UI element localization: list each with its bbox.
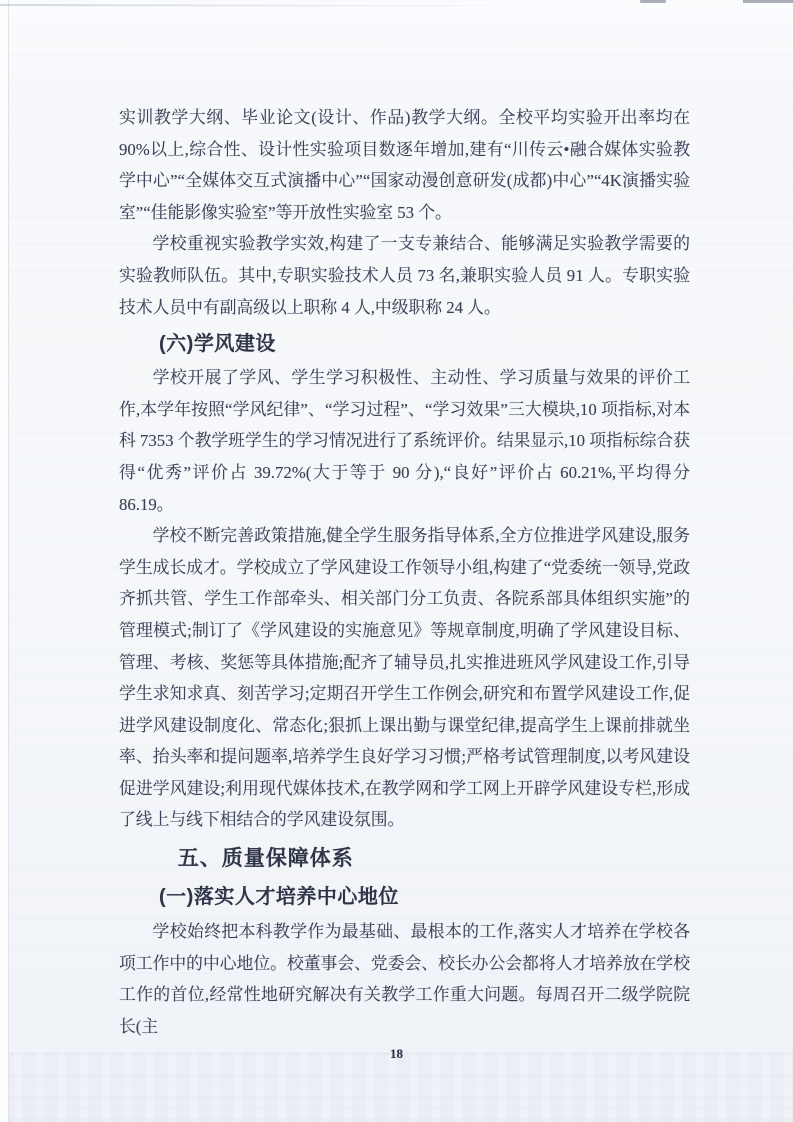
paragraph-practical-teaching: 实训教学大纲、毕业论文(设计、作品)教学大纲。全校平均实验开出率均在 90%以上… — [119, 102, 690, 228]
paragraph-study-style-evaluation: 学校开展了学风、学生学习积极性、主动性、学习质量与效果的评价工作,本学年按照“学… — [119, 362, 690, 520]
scan-edge-top — [0, 4, 555, 7]
heading-talent-cultivation-section: (一)落实人才培养中心地位 — [119, 879, 690, 916]
page-number: 18 — [0, 1046, 793, 1062]
scan-artifact-dash — [743, 0, 793, 3]
heading-quality-assurance-chapter: 五、质量保障体系 — [119, 840, 690, 878]
page-text-block: 实训教学大纲、毕业论文(设计、作品)教学大纲。全校平均实验开出率均在 90%以上… — [119, 102, 690, 1042]
scan-edge-left — [0, 0, 9, 1122]
paragraph-study-style-measures: 学校不断完善政策措施,健全学生服务指导体系,全方位推进学风建设,服务学生成长成才… — [119, 520, 690, 836]
scan-bleedthrough-texture — [0, 1052, 793, 1122]
paragraph-experiment-teachers: 学校重视实验教学实效,构建了一支专兼结合、能够满足实验教学需要的实验教师队伍。其… — [119, 228, 690, 323]
paragraph-talent-cultivation-position: 学校始终把本科教学作为最基础、最根本的工作,落实人才培养在学校各项工作中的中心地… — [119, 916, 690, 1042]
document-page: 实训教学大纲、毕业论文(设计、作品)教学大纲。全校平均实验开出率均在 90%以上… — [0, 0, 793, 1122]
scan-artifact-dash — [640, 0, 666, 3]
heading-study-style-section: (六)学风建设 — [119, 326, 690, 362]
